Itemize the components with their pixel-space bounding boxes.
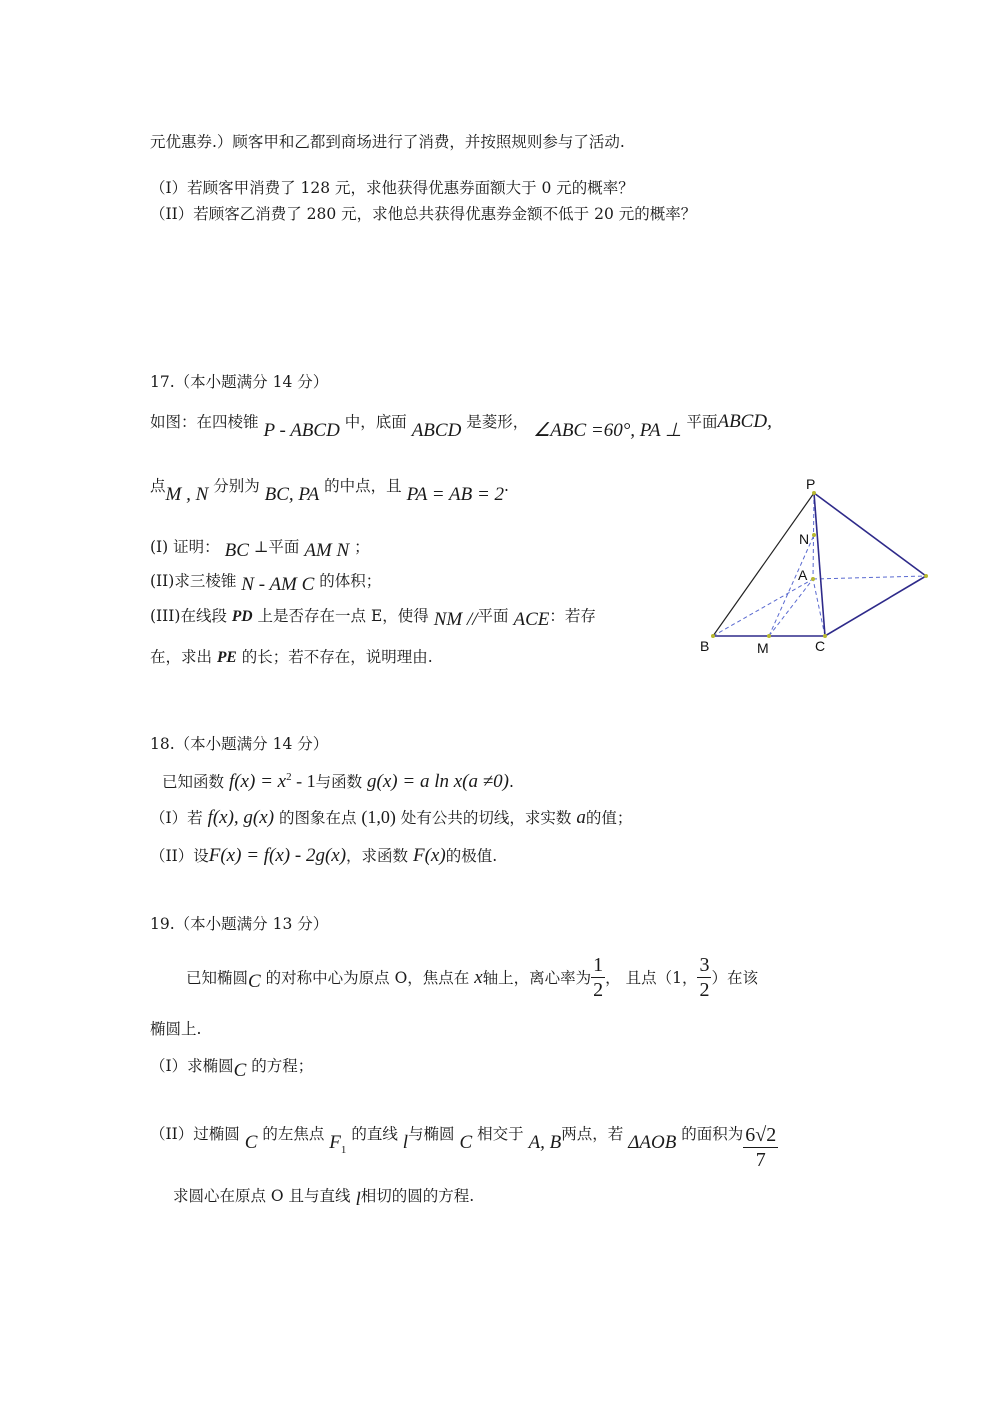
label-A: A xyxy=(798,567,808,583)
label-P: P xyxy=(806,476,815,492)
fraction-area: 6√27 xyxy=(743,1123,778,1172)
q17-statement-line-1: 如图：在四棱锥 P - ABCD 中，底面 ABCD 是菱形， ∠ABC =60… xyxy=(150,412,772,431)
text: 中，底面 xyxy=(345,413,407,431)
q19-part-2: （II）过椭圆 C 的左焦点 F1 的直线 l与椭圆 C 相交于 A, B两点，… xyxy=(150,1110,778,1160)
denominator: 7 xyxy=(743,1148,778,1172)
pyramid-figure: P N A B M C xyxy=(690,470,950,665)
q17-part-3-cont: 在，求出 PE 的长；若不存在，说明理由. xyxy=(150,650,433,666)
q16-part-2: （II）若顾客乙消费了 280 元，求他总共获得优惠券金额不低于 20 元的概率… xyxy=(150,207,696,223)
math-f-rest: - 1 xyxy=(292,771,316,791)
q18-header: 18.（本小题满分 14 分） xyxy=(150,737,328,753)
math: AM N xyxy=(304,540,349,561)
text: . xyxy=(509,773,514,791)
label-C: C xyxy=(815,638,825,654)
text: 与椭圆 xyxy=(408,1125,455,1143)
math-plane: ABCD, xyxy=(717,411,771,432)
text: 已知椭圆 xyxy=(186,969,248,987)
text: 求圆心在原点 O 且与直线 xyxy=(173,1187,351,1205)
q18-statement: 已知函数 f(x) = x2 - 1与函数 g(x) = a ln x(a ≠0… xyxy=(162,772,514,791)
numerator: 1 xyxy=(591,953,605,978)
math-exponent: 2 xyxy=(286,771,292,783)
q19-statement-cont: 椭圆上. xyxy=(150,1022,201,1038)
text: 在，求出 xyxy=(150,648,212,666)
text: . xyxy=(504,477,509,495)
q17-header: 17.（本小题满分 14 分） xyxy=(150,375,328,391)
math: PD xyxy=(232,608,253,625)
math: l xyxy=(403,1132,408,1153)
math: l xyxy=(356,1189,361,1210)
math: f(x), g(x) xyxy=(208,807,274,828)
fraction-point-y: 32 xyxy=(697,953,711,1002)
math: C xyxy=(248,971,261,992)
text: （II）过椭圆 xyxy=(150,1125,240,1143)
math: F(x) xyxy=(413,845,446,866)
math: A, B xyxy=(529,1132,562,1153)
q19-part-1: （I）求椭圆C 的方程； xyxy=(150,1056,313,1075)
fraction-eccentricity: 12 xyxy=(591,953,605,1002)
math: a xyxy=(576,807,586,828)
math: C xyxy=(245,1132,258,1153)
text: 相交于 xyxy=(477,1125,524,1143)
math-pyramid: P - ABCD xyxy=(263,420,339,441)
math-segments: BC, PA xyxy=(265,484,320,505)
q16-part-1: （I）若顾客甲消费了 128 元，求他获得优惠券面额大于 0 元的概率？ xyxy=(150,181,634,197)
text: ：若存 xyxy=(549,607,596,625)
q17-part-2: (II)求三棱锥 N - AM C 的体积； xyxy=(150,571,381,590)
math: F xyxy=(329,1132,341,1153)
math: N - AM C xyxy=(241,574,314,595)
denominator: 2 xyxy=(697,978,711,1002)
math-lengths: PA = AB = 2 xyxy=(407,484,504,505)
math: (1,0) xyxy=(361,807,396,827)
text: （I）求椭圆 xyxy=(150,1057,234,1075)
numerator: 3 xyxy=(697,953,711,978)
text: 点 xyxy=(150,477,166,495)
text: 的图象在点 xyxy=(279,809,357,827)
math-f: f(x) = x xyxy=(229,771,286,792)
text: 已知函数 xyxy=(162,773,224,791)
q16-continuation-line: 元优惠券.）顾客甲和乙都到商场进行了消费，并按照规则参与了活动. xyxy=(150,135,625,151)
q18-part-1: （I）若 f(x), g(x) 的图象在点 (1,0) 处有公共的切线，求实数 … xyxy=(150,808,632,827)
q19-part-2-cont: 求圆心在原点 O 且与直线 l相切的圆的方程. xyxy=(173,1186,474,1205)
label-M: M xyxy=(757,640,769,656)
math: F(x) = f(x) - 2g(x) xyxy=(209,845,346,866)
q17-part-1: (I) 证明： BC ⊥平面 AM N ； xyxy=(150,537,370,556)
math: C xyxy=(234,1060,247,1081)
math-base: ABCD xyxy=(412,420,462,441)
text: 处有公共的切线，求实数 xyxy=(401,809,572,827)
math-subscript: 1 xyxy=(341,1144,347,1156)
q17-part-3: (III)在线段 PD 上是否存在一点 E，使得 NM //平面 ACE：若存 xyxy=(150,606,596,625)
text: 的左焦点 xyxy=(262,1125,324,1143)
text: 的直线 xyxy=(351,1125,398,1143)
text: ，求函数 xyxy=(346,847,408,865)
math: x xyxy=(474,967,482,988)
text: 的体积； xyxy=(319,572,381,590)
text: (III)在线段 xyxy=(150,607,227,625)
q18-part-2: （II）设F(x) = f(x) - 2g(x)，求函数 F(x)的极值. xyxy=(150,846,497,865)
text: 上是否存在一点 E，使得 xyxy=(258,607,429,625)
text: 分别为 xyxy=(213,477,260,495)
text: ⊥平面 xyxy=(254,538,300,556)
q19-statement: 已知椭圆C 的对称中心为原点 O，焦点在 x轴上，离心率为12， 且点（1，32… xyxy=(186,954,758,1004)
math-points: M , N xyxy=(166,484,209,505)
text: 的面积为 xyxy=(681,1125,743,1143)
text: 的长；若不存在，说明理由. xyxy=(242,648,433,666)
numerator: 6√2 xyxy=(743,1123,778,1148)
math: C xyxy=(460,1132,473,1153)
math: PE xyxy=(217,649,237,666)
denominator: 2 xyxy=(591,978,605,1002)
text: 的极值. xyxy=(446,847,497,865)
text: （II）设 xyxy=(150,847,209,865)
label-B: B xyxy=(700,638,709,654)
q19-header: 19.（本小题满分 13 分） xyxy=(150,917,328,933)
label-N: N xyxy=(799,531,809,547)
text: (II)求三棱锥 xyxy=(150,572,236,590)
math: ACE xyxy=(513,609,549,630)
text: ， 且点（1， xyxy=(605,969,697,987)
text: 的中点，且 xyxy=(324,477,402,495)
text: 平面 xyxy=(478,607,509,625)
text: 的方程； xyxy=(251,1057,313,1075)
text: 的值； xyxy=(586,809,633,827)
text: 相切的圆的方程. xyxy=(361,1187,474,1205)
text: 轴上，离心率为 xyxy=(483,969,592,987)
text: 是菱形， xyxy=(466,413,528,431)
math-g: g(x) = a ln x(a ≠0) xyxy=(367,771,509,792)
text: ）在该 xyxy=(711,969,758,987)
text: 与函数 xyxy=(316,773,363,791)
text: ； xyxy=(354,538,370,556)
text: (I) 证明： xyxy=(150,538,220,556)
math: NM // xyxy=(434,609,478,630)
text: 的对称中心为原点 O，焦点在 xyxy=(266,969,470,987)
math-angle: ∠ABC =60°, PA ⊥ xyxy=(533,420,681,441)
text: （I）若 xyxy=(150,809,203,827)
text: 两点，若 xyxy=(561,1125,623,1143)
text: 如图：在四棱锥 xyxy=(150,413,259,431)
q17-statement-line-2: 点M , N 分别为 BC, PA 的中点，且 PA = AB = 2. xyxy=(150,476,509,495)
math: BC xyxy=(225,540,249,561)
math: ΔAOB xyxy=(628,1132,676,1153)
text: 平面 xyxy=(686,413,717,431)
